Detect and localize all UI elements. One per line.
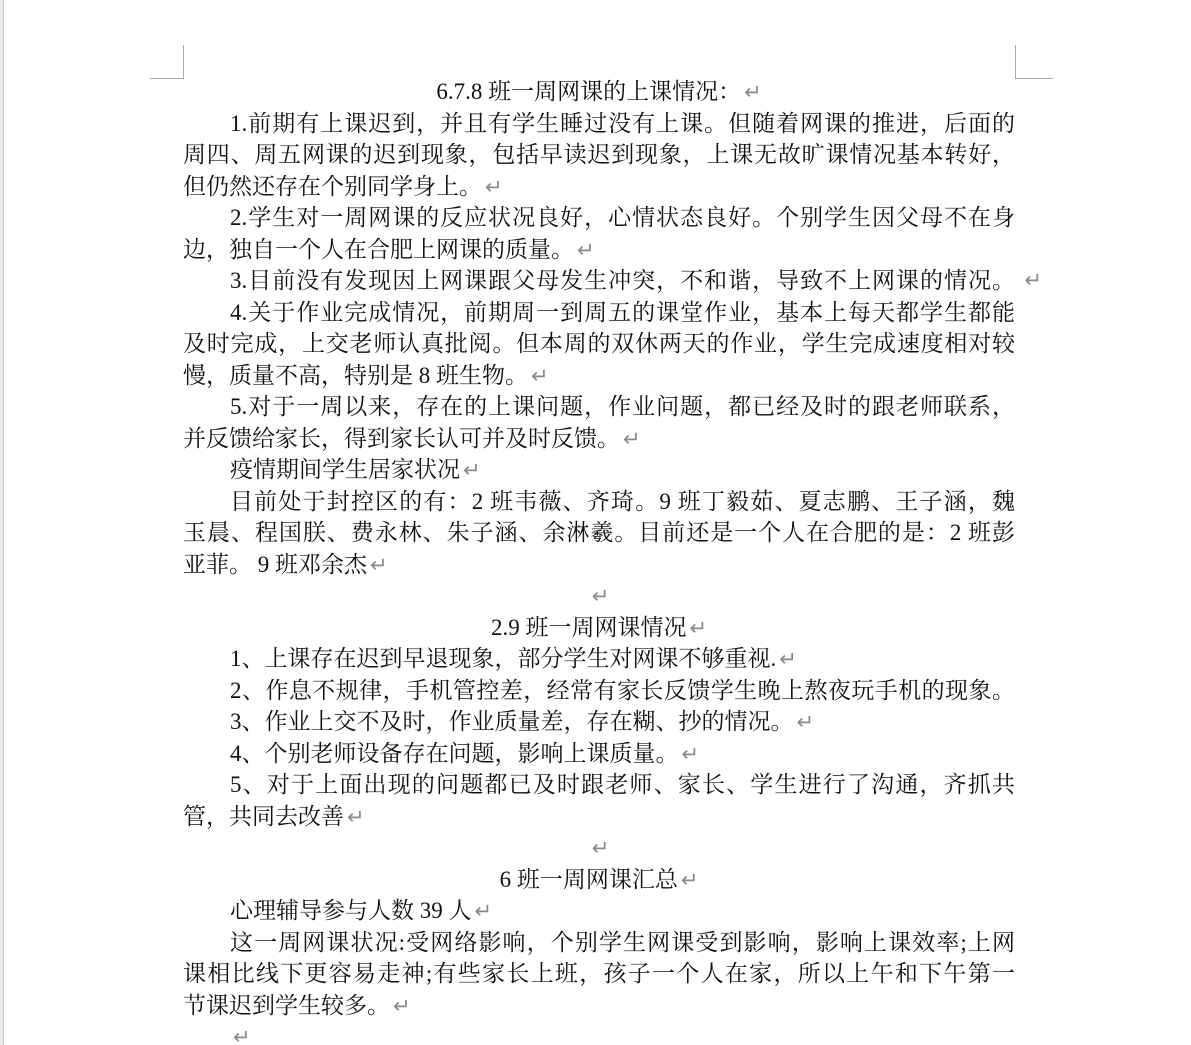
paragraph-mark-icon: ↵	[686, 616, 707, 640]
window-left-edge	[0, 0, 4, 1045]
paragraph-mark-icon: ↵	[794, 710, 815, 734]
text-line[interactable]: 1、上课存在迟到早退现象，部分学生对网课不够重视.↵	[183, 643, 1015, 675]
text-line[interactable]: 但仍然还存在个别同学身上。↵	[183, 171, 1015, 203]
paragraph-mark-icon: ↵	[230, 1025, 251, 1045]
text-line[interactable]: 周四、周五网课的迟到现象，包括早读迟到现象，上课无故旷课情况基本转好，	[183, 139, 1015, 171]
empty-line[interactable]: ↵	[183, 580, 1015, 612]
text-line[interactable]: 这一周网课状况:受网络影响，个别学生网课受到影响，影响上课效率;上网	[183, 927, 1015, 959]
paragraph-mark-icon: ↵	[679, 742, 700, 766]
text-line[interactable]: 并反馈给家长，得到家长认可并及时反馈。↵	[183, 423, 1015, 455]
line-text: 及时完成，上交老师认真批阅。但本周的双休两天的作业，学生完成速度相对较	[183, 331, 1015, 356]
line-text: 3.目前没有发现因上网课跟父母发生冲突，不和谐，导致不上网课的情况。	[230, 268, 1015, 293]
paragraph-mark-icon: ↵	[678, 868, 699, 892]
text-line[interactable]: 目前处于封控区的有：2 班韦薇、齐琦。9 班丁毅茹、夏志鹏、王子涵，魏	[183, 486, 1015, 518]
text-line[interactable]: 慢，质量不高，特别是 8 班生物。↵	[183, 360, 1015, 392]
line-text: 但仍然还存在个别同学身上。	[183, 174, 482, 199]
line-text: 2、作息不规律，手机管控差，经常有家长反馈学生晚上熬夜玩手机的现象。	[230, 678, 1015, 703]
text-line[interactable]: 亚菲。 9 班邓余杰↵	[183, 549, 1015, 581]
text-boundary-mark-top-right	[1015, 45, 1053, 79]
text-line[interactable]: 2.学生对一周网课的反应状况良好，心情状态良好。个别学生因父母不在身	[183, 202, 1015, 234]
text-line[interactable]: 课相比线下更容易走神;有些家长上班，孩子一个人在家，所以上午和下午第一	[183, 958, 1015, 990]
text-line[interactable]: 管，共同去改善↵	[183, 801, 1015, 833]
line-text: 疫情期间学生居家状况	[230, 457, 460, 482]
line-text: 5、对于上面出现的问题都已及时跟老师、家长、学生进行了沟通，齐抓共	[230, 772, 1015, 797]
line-text: 目前处于封控区的有：2 班韦薇、齐琦。9 班丁毅茹、夏志鹏、王子涵，魏	[230, 489, 1015, 514]
paragraph-mark-icon: ↵	[482, 175, 503, 199]
text-line[interactable]: 及时完成，上交老师认真批阅。但本周的双休两天的作业，学生完成速度相对较	[183, 328, 1015, 360]
text-line[interactable]: 1.前期有上课迟到，并且有学生睡过没有上课。但随着网课的推进，后面的	[183, 108, 1015, 140]
line-text: 周四、周五网课的迟到现象，包括早读迟到现象，上课无故旷课情况基本转好，	[183, 142, 1015, 167]
heading-line[interactable]: 6.7.8 班一周网课的上课情况：↵	[183, 76, 1015, 108]
line-text: 心理辅导参与人数 39 人	[230, 898, 472, 923]
line-text: 6 班一周网课汇总	[500, 867, 678, 892]
document-text-area[interactable]: 6.7.8 班一周网课的上课情况：↵1.前期有上课迟到，并且有学生睡过没有上课。…	[183, 76, 1015, 1045]
line-text: 1、上课存在迟到早退现象，部分学生对网课不够重视.	[230, 646, 776, 671]
text-line[interactable]: 节课迟到学生较多。↵	[183, 990, 1015, 1022]
paragraph-mark-icon: ↵	[344, 805, 365, 829]
line-text: 课相比线下更容易走神;有些家长上班，孩子一个人在家，所以上午和下午第一	[183, 961, 1015, 986]
line-text: 这一周网课状况:受网络影响，个别学生网课受到影响，影响上课效率;上网	[230, 930, 1015, 955]
empty-line[interactable]: ↵	[183, 1021, 1015, 1045]
paragraph-mark-icon: ↵	[589, 584, 610, 608]
line-text: 6.7.8 班一周网课的上课情况：	[436, 79, 741, 104]
text-line[interactable]: 5.对于一周以来，存在的上课问题，作业问题，都已经及时的跟老师联系，	[183, 391, 1015, 423]
line-text: 2.9 班一周网课情况	[491, 615, 687, 640]
word-document-view: 6.7.8 班一周网课的上课情况：↵1.前期有上课迟到，并且有学生睡过没有上课。…	[0, 0, 1191, 1045]
paragraph-mark-icon: ↵	[528, 364, 549, 388]
line-text: 管，共同去改善	[183, 804, 344, 829]
paragraph-mark-icon: ↵	[390, 994, 411, 1018]
line-text: 边，独自一个人在合肥上网课的质量。	[183, 237, 574, 262]
paragraph-mark-icon: ↵	[460, 458, 481, 482]
heading-line[interactable]: 2.9 班一周网课情况↵	[183, 612, 1015, 644]
empty-line[interactable]: ↵	[183, 832, 1015, 864]
line-text: 2.学生对一周网课的反应状况良好，心情状态良好。个别学生因父母不在身	[230, 205, 1015, 230]
paragraph-mark-icon: ↵	[472, 899, 493, 923]
paragraph-mark-icon: ↵	[776, 647, 797, 671]
paragraph-mark-icon: ↵	[589, 836, 610, 860]
heading-line[interactable]: 6 班一周网课汇总↵	[183, 864, 1015, 896]
paragraph-mark-icon: ↵	[367, 553, 388, 577]
text-line[interactable]: 心理辅导参与人数 39 人↵	[183, 895, 1015, 927]
line-text: 亚菲。 9 班邓余杰	[183, 552, 367, 577]
line-text: 4.关于作业完成情况，前期周一到周五的课堂作业，基本上每天都学生都能	[230, 300, 1015, 325]
text-line[interactable]: 3、作业上交不及时，作业质量差，存在糊、抄的情况。↵	[183, 706, 1015, 738]
line-text: 并反馈给家长，得到家长认可并及时反馈。	[183, 426, 620, 451]
line-text: 5.对于一周以来，存在的上课问题，作业问题，都已经及时的跟老师联系，	[230, 394, 1015, 419]
paragraph-mark-icon: ↵	[741, 80, 762, 104]
paragraph-mark-icon: ↵	[977, 265, 1042, 297]
text-line[interactable]: 疫情期间学生居家状况↵	[183, 454, 1015, 486]
line-text: 玉晨、程国朕、费永林、朱子涵、余淋羲。目前还是一个人在合肥的是：2 班彭	[183, 520, 1015, 545]
text-line[interactable]: 5、对于上面出现的问题都已及时跟老师、家长、学生进行了沟通，齐抓共	[183, 769, 1015, 801]
text-line[interactable]: 2、作息不规律，手机管控差，经常有家长反馈学生晚上熬夜玩手机的现象。	[183, 675, 1015, 707]
text-boundary-mark-top-left	[150, 45, 184, 79]
text-line[interactable]: 4、个别老师设备存在问题，影响上课质量。↵	[183, 738, 1015, 770]
paragraph-mark-icon: ↵	[620, 427, 641, 451]
text-line[interactable]: 4.关于作业完成情况，前期周一到周五的课堂作业，基本上每天都学生都能	[183, 297, 1015, 329]
line-text: 4、个别老师设备存在问题，影响上课质量。	[230, 741, 679, 766]
text-line[interactable]: 玉晨、程国朕、费永林、朱子涵、余淋羲。目前还是一个人在合肥的是：2 班彭	[183, 517, 1015, 549]
text-line[interactable]: 边，独自一个人在合肥上网课的质量。↵	[183, 234, 1015, 266]
text-line[interactable]: 3.目前没有发现因上网课跟父母发生冲突，不和谐，导致不上网课的情况。↵	[183, 265, 1015, 297]
line-text: 1.前期有上课迟到，并且有学生睡过没有上课。但随着网课的推进，后面的	[230, 111, 1015, 136]
line-text: 3、作业上交不及时，作业质量差，存在糊、抄的情况。	[230, 709, 794, 734]
line-text: 慢，质量不高，特别是 8 班生物。	[183, 363, 528, 388]
paragraph-mark-icon: ↵	[574, 238, 595, 262]
line-text: 节课迟到学生较多。	[183, 993, 390, 1018]
